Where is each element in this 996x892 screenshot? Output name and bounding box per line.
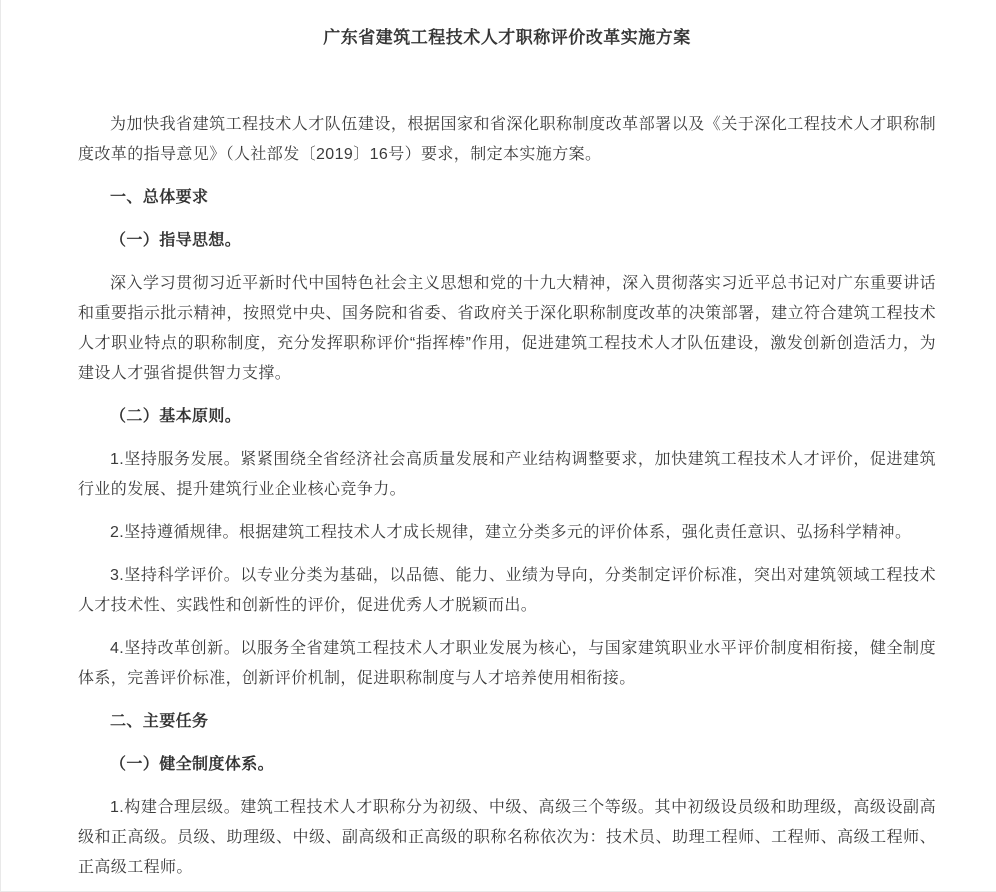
heading-sub-2-1-improve-system: （一）健全制度体系。 [78, 750, 936, 780]
heading-sub-1-2-basic-principles: （二）基本原则。 [78, 402, 936, 432]
paragraph-intro: 为加快我省建筑工程技术人才队伍建设，根据国家和省深化职称制度改革部署以及《关于深… [78, 110, 936, 170]
paragraph-principle-2-follow-rules: 2.坚持遵循规律。根据建筑工程技术人才成长规律，建立分类多元的评价体系，强化责任… [78, 518, 936, 548]
paragraph-build-reasonable-hierarchy: 1.构建合理层级。建筑工程技术人才职称分为初级、中级、高级三个等级。其中初级设员… [78, 793, 936, 883]
heading-sub-1-1-guiding-ideology: （一）指导思想。 [78, 226, 936, 256]
paragraph-principle-3-scientific-evaluation: 3.坚持科学评价。以专业分类为基础，以品德、能力、业绩为导向，分类制定评价标准，… [78, 561, 936, 621]
paragraph-principle-4-reform-innovation: 4.坚持改革创新。以服务全省建筑工程技术人才职业发展为核心，与国家建筑职业水平评… [78, 634, 936, 694]
document-page: 广东省建筑工程技术人才职称评价改革实施方案 为加快我省建筑工程技术人才队伍建设，… [0, 0, 996, 892]
doc-title: 广东省建筑工程技术人才职称评价改革实施方案 [78, 24, 936, 52]
paragraph-principle-1-serve-development: 1.坚持服务发展。紧紧围绕全省经济社会高质量发展和产业结构调整要求，加快建筑工程… [78, 445, 936, 505]
heading-section-1-overall-requirements: 一、总体要求 [78, 183, 936, 213]
heading-section-2-main-tasks: 二、主要任务 [78, 707, 936, 737]
paragraph-guiding-ideology: 深入学习贯彻习近平新时代中国特色社会主义思想和党的十九大精神，深入贯彻落实习近平… [78, 269, 936, 389]
